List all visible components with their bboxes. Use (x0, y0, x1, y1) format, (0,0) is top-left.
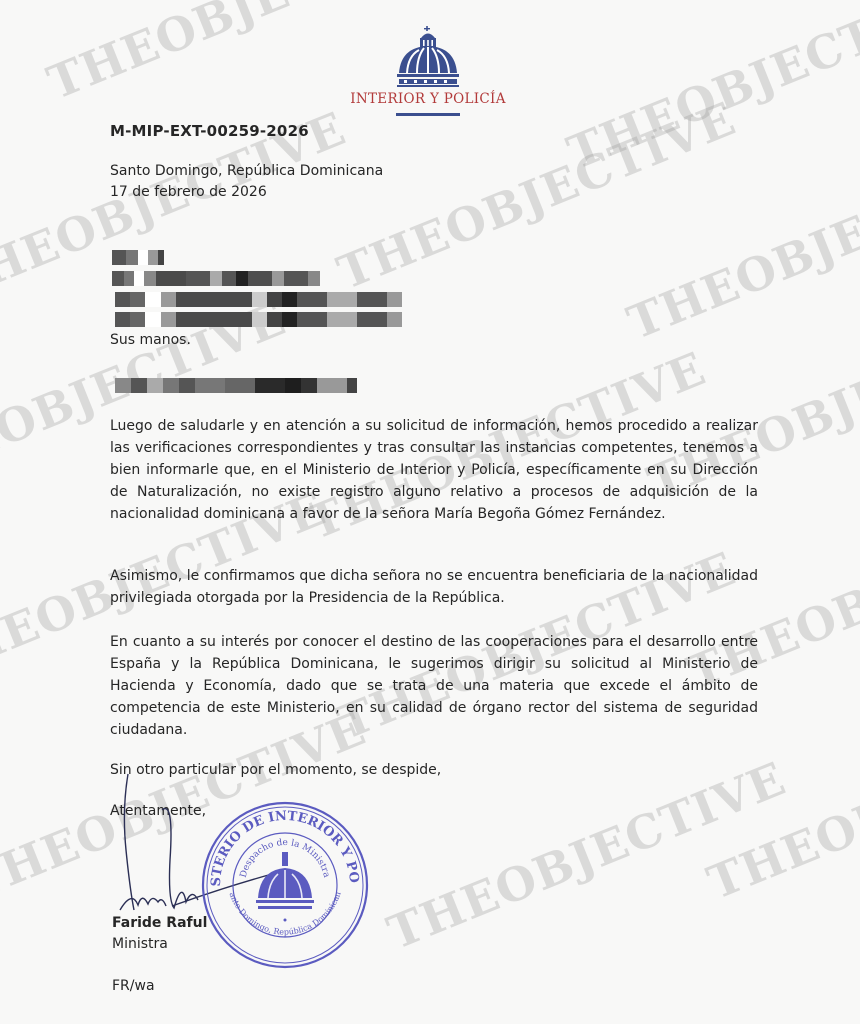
body-paragraph: En cuanto a su interés por conocer el de… (110, 631, 758, 741)
redacted-recipient-line-4 (115, 312, 402, 327)
signatory-title: Ministra (112, 936, 168, 952)
place-line: Santo Domingo, República Dominicana (110, 163, 383, 179)
date-line: 17 de febrero de 2026 (110, 184, 267, 200)
redacted-recipient-line-3 (115, 292, 402, 307)
body-paragraph: Luego de saludarle y en atención a su so… (110, 415, 758, 525)
redacted-recipient-line-1 (112, 250, 164, 265)
letterhead-logo: INTERIOR Y POLICÍA (348, 26, 508, 116)
official-seal-icon: MINISTERIO DE INTERIOR Y POLICÍA Despach… (200, 800, 370, 970)
signatory-name: Faride Raful (112, 915, 207, 931)
salutation-hands: Sus manos. (110, 332, 191, 348)
redacted-subject-line (115, 378, 357, 393)
letter-page: THEOBJECTIVETHEOBJECTIVETHEOBJECTIVETHEO… (0, 0, 860, 1024)
dome-emblem-icon (395, 26, 461, 88)
reference-initials: FR/wa (112, 978, 155, 994)
redacted-recipient-line-2 (112, 271, 320, 286)
reference-number: M-MIP-EXT-00259-2026 (110, 122, 309, 140)
letterhead-underline (396, 113, 460, 116)
letterhead-org-name: INTERIOR Y POLICÍA (348, 91, 508, 107)
body-paragraph: Asimismo, le confirmamos que dicha señor… (110, 565, 758, 609)
